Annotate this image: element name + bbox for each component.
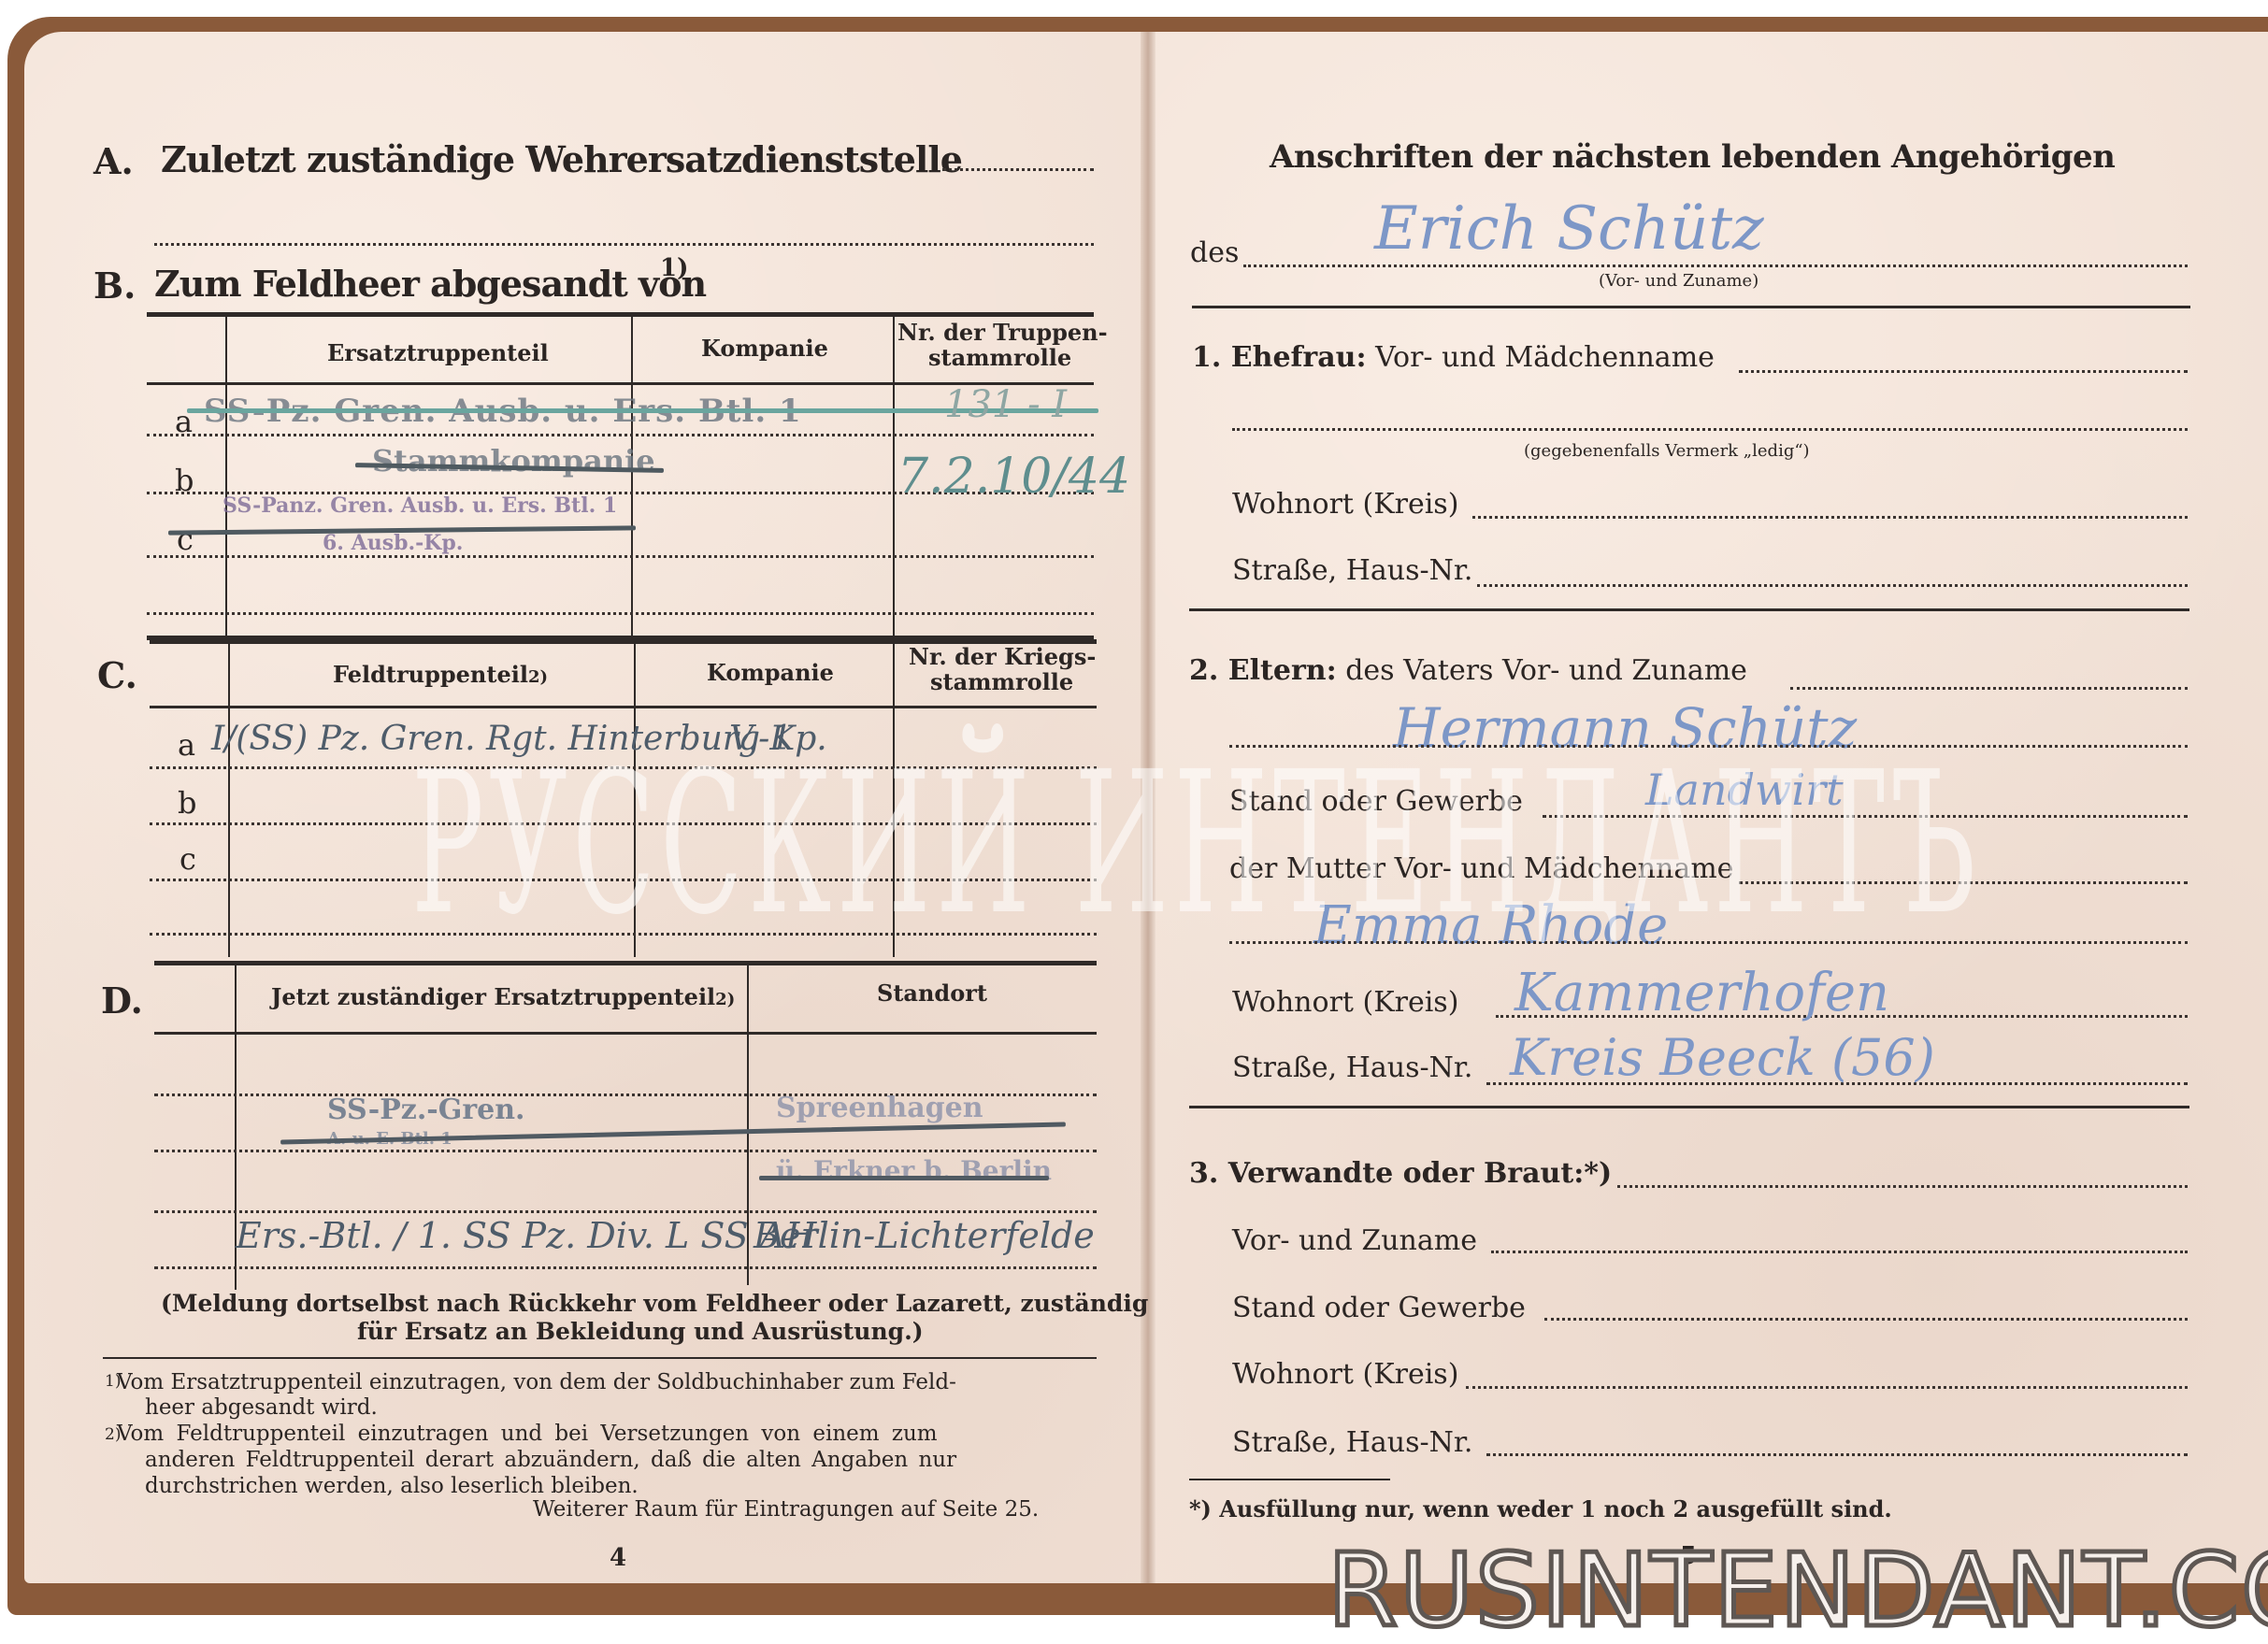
c-row-label-a: a (178, 727, 195, 763)
site-watermark: RUSINTENDANT.COM (1328, 1533, 2268, 1644)
s1-wohnort-dotline (1472, 516, 2188, 519)
table-c-col-1 (228, 639, 230, 957)
des-value: Erich Schütz (1374, 194, 1764, 264)
section-2-heading: 2. Eltern: des Vaters Vor- und Zuname (1189, 654, 1747, 687)
section-a-label: Zuletzt zuständige Wehrersatzdienststell… (161, 138, 962, 180)
s2-wohnort-value: Kammerhofen (1514, 963, 1889, 1023)
s1-caption: (gegebenenfalls Vermerk „ledig“) (1524, 441, 1810, 461)
d-note-line-2: für Ersatz an Bekleidung und Ausrüstung.… (357, 1318, 924, 1345)
table-b-header-nr-1: Nr. der Truppen- (897, 319, 1108, 346)
c-row-label-c: c (179, 841, 196, 877)
section-1-label: 1. Ehefrau: (1192, 341, 1367, 374)
section-2-label: 2. Eltern: (1189, 654, 1337, 687)
stamp-b-row-c-1: SS-Panz. Gren. Ausb. u. Ers. Btl. 1 (222, 493, 617, 518)
s3-strasse-label: Straße, Haus-Nr. (1232, 1426, 1472, 1459)
table-b-header-nr-2: stammrolle (928, 344, 1071, 371)
fn2-line-2: anderen Feldtruppenteil derart abzuänder… (145, 1448, 956, 1472)
more-space-note: Weiterer Raum für Eintragungen auf Seite… (533, 1497, 1039, 1522)
stamp-b-row-b: Stammkompanie (372, 443, 655, 479)
table-d-header-unit-text: Jetzt zuständiger Ersatztruppenteil (271, 983, 715, 1010)
right-footnote: *) Ausfüllung nur, wenn weder 1 noch 2 a… (1189, 1495, 1892, 1522)
table-c-header-nr-1: Nr. der Kriegs- (909, 643, 1096, 670)
s3-wohnort-dotline (1466, 1386, 2188, 1389)
table-c-header-unit-text: Feldtruppenteil (333, 661, 528, 688)
fn2-line-1: Vom Feldtruppenteil einzutragen und bei … (117, 1422, 938, 1446)
table-d-dotline-2 (154, 1150, 1097, 1152)
table-b-header-unit: Ersatztruppenteil (327, 339, 549, 366)
table-d-header-standort: Standort (877, 979, 987, 1007)
s3-footnote-rule (1189, 1479, 1390, 1480)
table-b-top-rule (147, 312, 1094, 317)
father-dotline (1790, 687, 2188, 690)
table-b-dotline-d (147, 612, 1094, 615)
table-d-dotline-3 (154, 1210, 1097, 1213)
section-b-label: Zum Feldheer abgesandt von (154, 263, 706, 305)
s2-strasse-value: Kreis Beeck (56) (1510, 1028, 1935, 1087)
table-d-header-unit-ref: 2) (715, 990, 735, 1009)
table-d-header-rule (154, 1032, 1097, 1035)
fn2-line-3: durchstrichen werden, also leserlich ble… (145, 1474, 639, 1498)
section-b-footnote-ref: 1) (660, 254, 688, 282)
table-c-header-nr-2: stammrolle (930, 668, 1073, 695)
s2-rule (1189, 1106, 2189, 1108)
s3-strasse-dotline (1486, 1453, 2188, 1456)
right-page-title: Anschriften der nächsten lebenden Angehö… (1270, 138, 2115, 176)
table-b-dotline-c (147, 555, 1094, 558)
s3-stand-label: Stand oder Gewerbe (1232, 1292, 1526, 1324)
strike-d-2 (759, 1176, 1049, 1180)
fn1-line-1: Vom Ersatztruppenteil einzutragen, von d… (117, 1370, 956, 1394)
s2-wohnort-label: Wohnort (Kreis) (1232, 986, 1458, 1019)
s1-wohnort-label: Wohnort (Kreis) (1232, 488, 1458, 521)
d-note-line-1: (Meldung dortselbst nach Rückkehr vom Fe… (161, 1290, 1148, 1317)
s3-name-dotline (1491, 1251, 2188, 1253)
stamp-d-place-2: ü. Erkner b. Berlin (776, 1155, 1052, 1186)
table-d-top-rule (154, 961, 1097, 965)
section-d-letter: D. (101, 979, 143, 1022)
section-b-letter: B. (93, 264, 136, 307)
table-b-col-1 (225, 316, 227, 637)
s1-rule (1189, 608, 2189, 611)
section-a-dotline-1 (942, 168, 1094, 171)
section-1-heading: 1. Ehefrau: Vor- und Mädchenname (1192, 341, 1715, 374)
table-c-header-rule (150, 706, 1097, 708)
stamp-b-row-c-2: 6. Ausb.-Kp. (323, 531, 463, 555)
nr-b-row-b: 7.2.10/44 (897, 449, 1130, 505)
section-3-label: 3. Verwandte oder Braut:*) (1189, 1157, 1612, 1190)
s1-name-dotline-2 (1232, 428, 2188, 431)
s1-strasse-label: Straße, Haus-Nr. (1232, 554, 1472, 587)
des-dotline (1243, 264, 2188, 267)
footnote-rule-left (103, 1357, 1097, 1359)
c-row-label-b: b (178, 785, 196, 821)
d-place-handwritten: Berlin-Lichterfelde (754, 1215, 1095, 1256)
section-1-name-label: Vor- und Mädchenname (1375, 341, 1715, 374)
section-a-dotline-2 (154, 243, 1094, 246)
s3-dotline (1617, 1185, 2188, 1188)
table-c-header-company: Kompanie (707, 659, 834, 686)
s3-wohnort-label: Wohnort (Kreis) (1232, 1358, 1458, 1391)
section-c-letter: C. (97, 654, 137, 696)
s1-strasse-dotline (1477, 584, 2188, 587)
page-number-left: 4 (610, 1544, 626, 1572)
s1-name-dotline (1739, 370, 2188, 373)
table-b-header-company: Kompanie (701, 335, 828, 362)
s2-strasse-label: Straße, Haus-Nr. (1232, 1051, 1472, 1084)
des-label: des (1190, 236, 1239, 269)
nr-b-row-a: 131 - I (944, 383, 1067, 426)
stamp-d-place-1: Spreenhagen (776, 1092, 983, 1124)
s3-name-label: Vor- und Zuname (1232, 1224, 1477, 1257)
table-d-header-unit: Jetzt zuständiger Ersatztruppenteil2) (271, 983, 735, 1010)
table-b-dotline-a (147, 434, 1094, 436)
table-c-header-unit-ref: 2) (528, 667, 548, 687)
fn1-line-2: heer abgesandt wird. (145, 1395, 378, 1420)
center-watermark: РУССКИЙ ИНТЕНДАНТЪ (411, 729, 1981, 958)
des-caption: (Vor- und Zuname) (1599, 271, 1758, 291)
s3-stand-dotline (1544, 1318, 2188, 1321)
section-a-letter: A. (93, 140, 134, 182)
father-name-label: des Vaters Vor- und Zuname (1345, 654, 1747, 687)
stamp-d-unit: SS-Pz.-Gren. (327, 1094, 524, 1126)
table-c-header-unit: Feldtruppenteil2) (333, 661, 548, 688)
table-d-dotline-4 (154, 1266, 1097, 1269)
des-rule (1192, 306, 2190, 308)
row-label-c: c (177, 522, 194, 557)
table-b-col-3 (893, 316, 895, 637)
d-unit-handwritten: Ers.-Btl. / 1. SS Pz. Div. L SS AH (236, 1215, 816, 1256)
